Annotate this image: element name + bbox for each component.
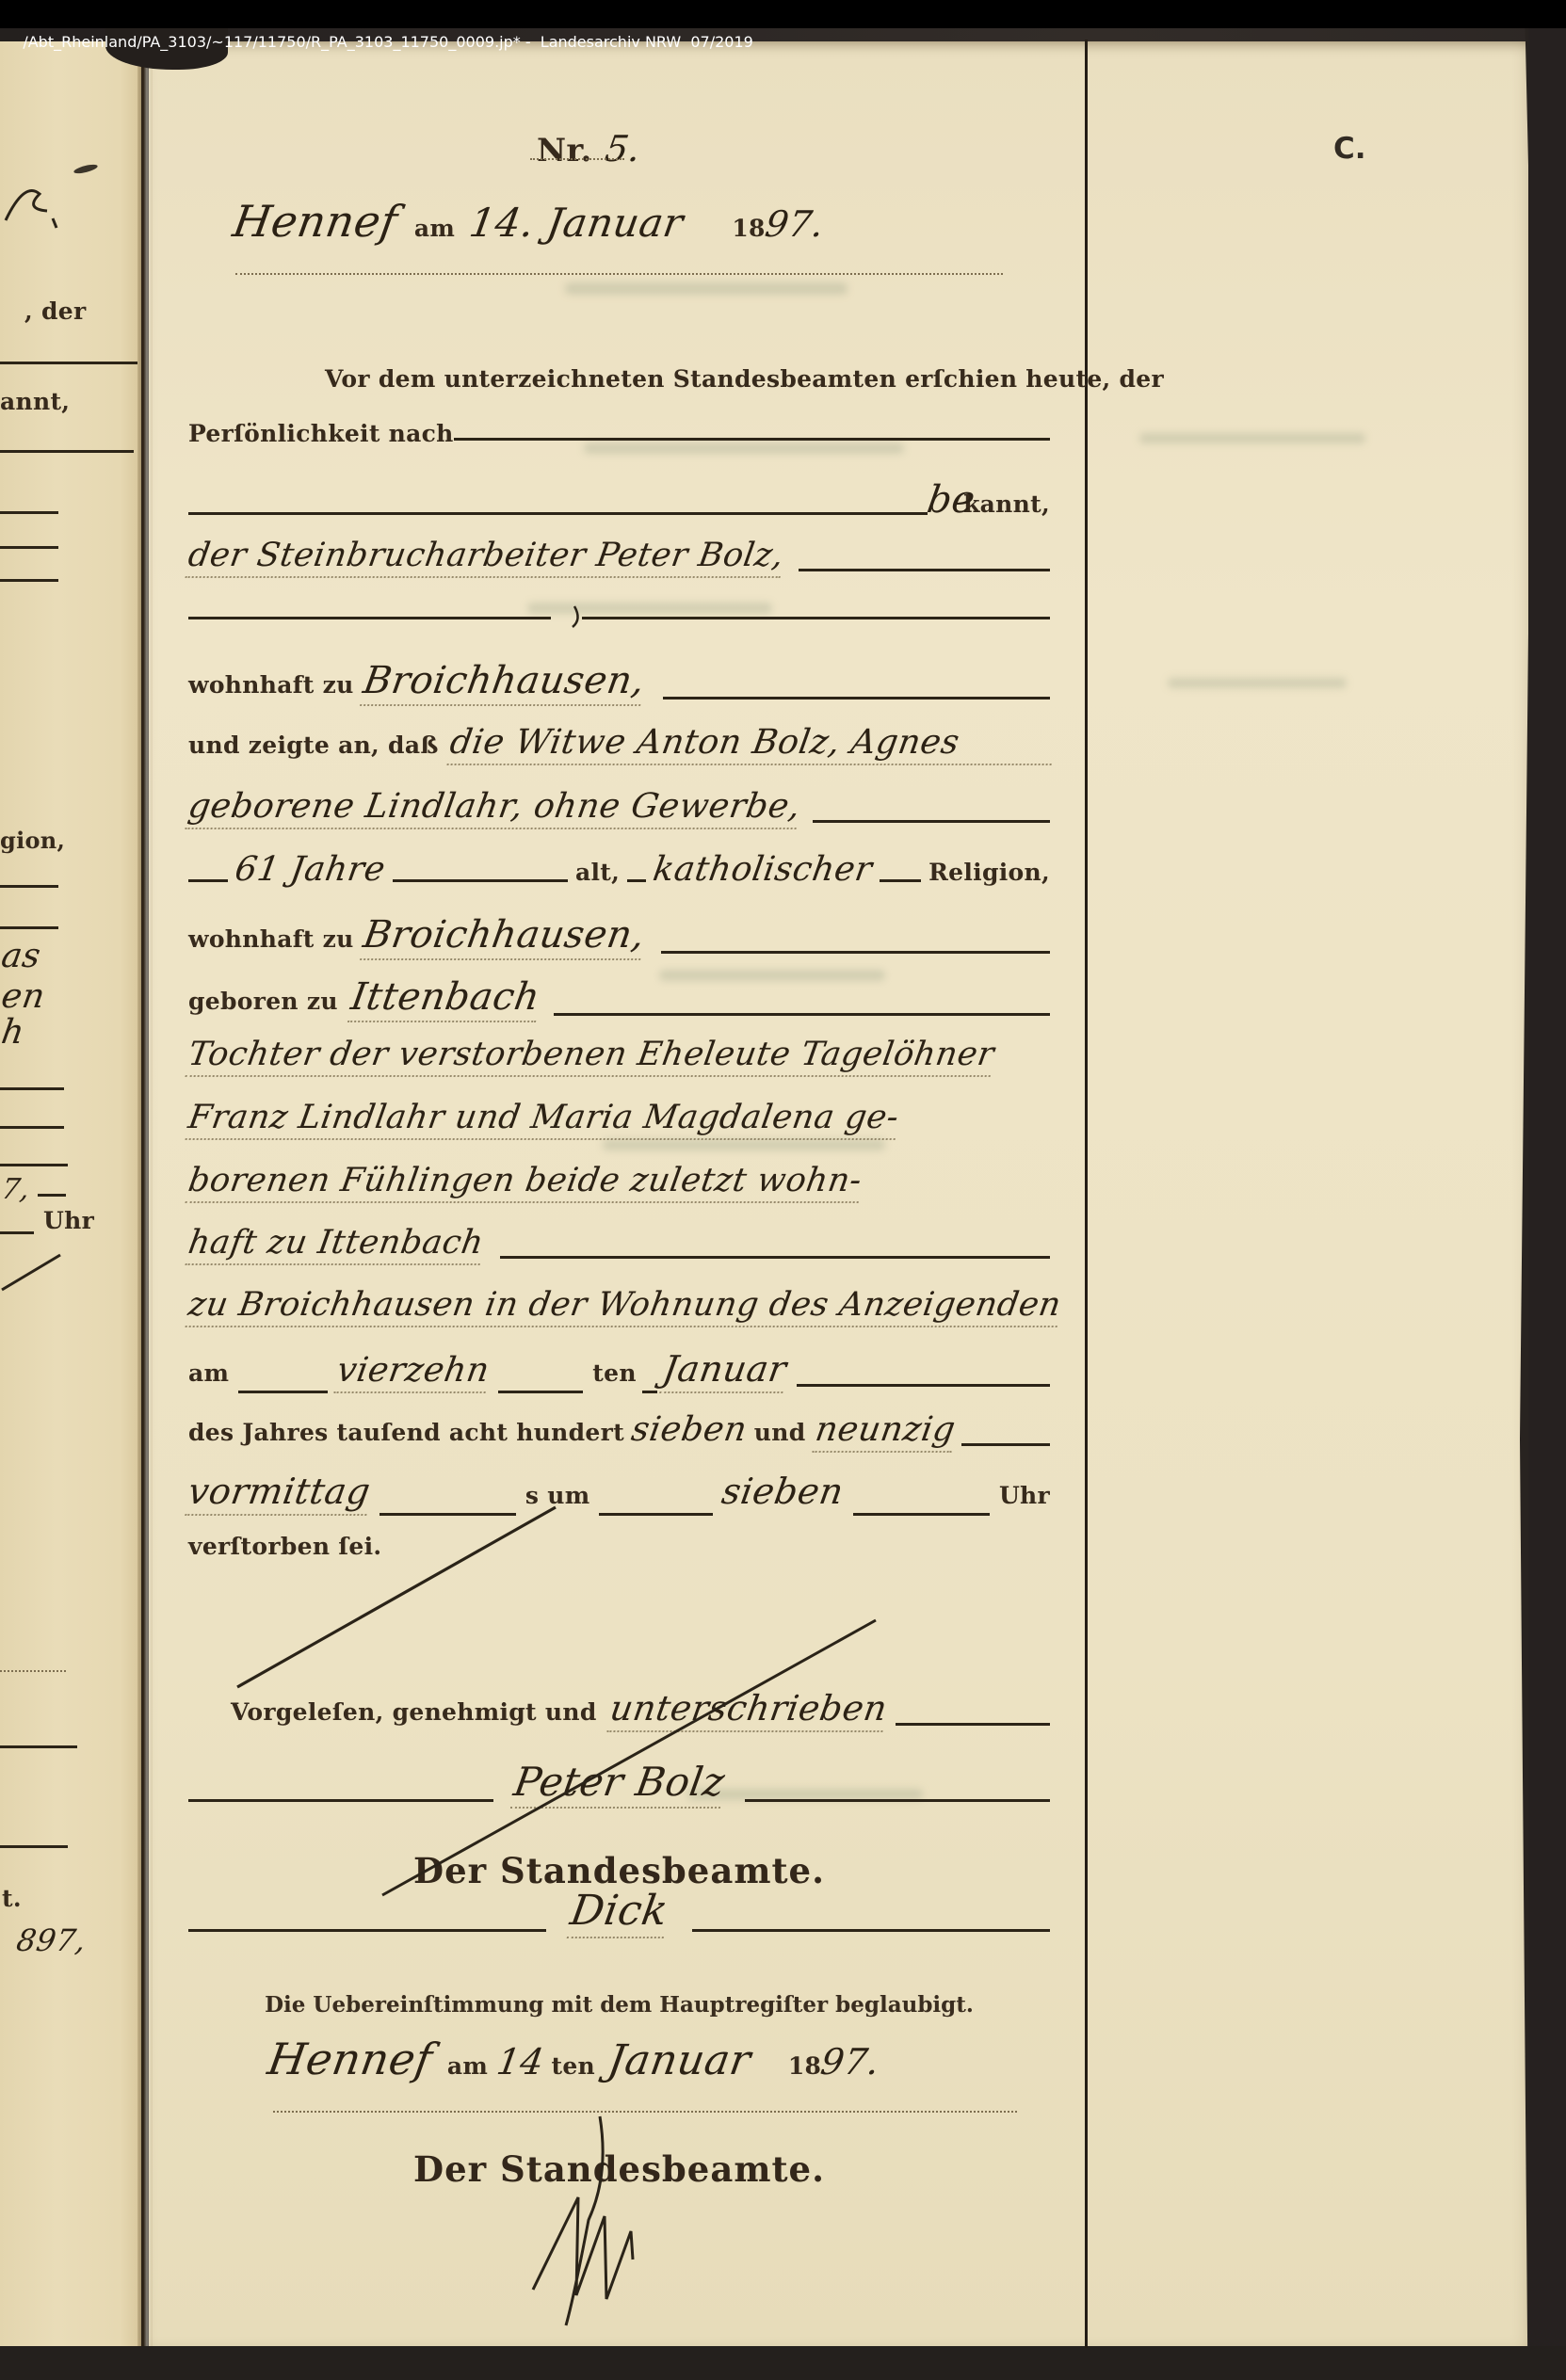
backdrop-bottom-strip <box>0 2346 1566 2380</box>
age-value: 61 Jahre <box>233 850 388 889</box>
bekannt-handwritten: be <box>924 478 978 522</box>
archive-image-viewer: /Abt_Rheinland/PA_3103/~117/11750/R_PA_3… <box>0 0 1566 2380</box>
bleed-mark <box>565 282 848 295</box>
left-blank-rule <box>0 579 58 582</box>
death-place-line: zu Broichhausen in der Wohnung des Anzei… <box>188 1286 1055 1327</box>
death-day-value: vierzehn <box>334 1351 492 1393</box>
registrar-heading: Der Standesbeamte. <box>413 1850 825 1891</box>
declarant-name: der Steinbrucharbeiter Peter Bolz, <box>186 537 787 578</box>
dateline-place: Hennef <box>230 196 401 247</box>
dateline-year-written: 97. <box>762 203 827 245</box>
certification-text: Die Uebereinſtimmung mit dem Hauptregiſt… <box>265 1992 974 2018</box>
intro-line-1: Vor dem unterzeichneten Standesbeamten e… <box>325 365 1055 393</box>
dateline-year-printed: 18 <box>732 215 765 242</box>
left-fragment: as <box>0 937 43 975</box>
registrar-signature: Dick <box>567 1887 671 1938</box>
blank-dash <box>498 1391 583 1393</box>
cert-year-written: 97. <box>818 2041 883 2082</box>
und-label: und <box>754 1419 806 1446</box>
ten-label: ten <box>592 1359 637 1387</box>
wohnhaft-label: wohnhaft zu <box>188 671 354 699</box>
file-path-title: /Abt_Rheinland/PA_3103/~117/11750/R_PA_3… <box>23 33 753 51</box>
blank-line <box>661 951 1050 954</box>
bleed-mark <box>1168 678 1347 688</box>
blank-line <box>663 697 1050 700</box>
bekannt-line: be kannt, <box>188 478 1050 522</box>
certification-dateline: Hennef am 14 ten Januar 18 97. <box>268 2034 1022 2084</box>
dateline-day-month: 14. Januar <box>466 200 686 246</box>
age-religion-line: 61 Jahre alt, katholischer Religion, <box>188 850 1050 889</box>
left-fragment: Uhr <box>43 1207 94 1234</box>
registrar-signature-line: Dick <box>188 1887 1050 1938</box>
s-um-label: s um <box>525 1482 590 1509</box>
approval-printed: Vorgeleſen, genehmigt und <box>231 1698 597 1726</box>
declarant-residence: Broichhausen, <box>360 659 648 706</box>
bleed-mark <box>527 603 772 614</box>
nr-dotted-line <box>530 158 624 160</box>
blank-line <box>188 1929 546 1932</box>
daytime-value: vormittag <box>185 1471 373 1516</box>
left-blank-rule <box>0 1231 34 1234</box>
backdrop-right-strip <box>1528 28 1566 2380</box>
left-fragment: t. <box>2 1885 22 1912</box>
left-blank-rule <box>0 1126 64 1129</box>
left-fragment: gion, <box>0 827 65 854</box>
page-fold-gutter <box>137 38 153 2348</box>
left-blank-rule <box>0 362 137 364</box>
left-blank-rule <box>0 546 58 549</box>
birthplace-value: Ittenbach <box>347 975 542 1022</box>
dateline-am-label: am <box>414 215 455 242</box>
intro-text-1: Vor dem unterzeichneten Standesbeamten e… <box>325 365 1164 393</box>
blank-dash <box>880 879 921 882</box>
parents-line-2: Franz Lindlahr und Maria Magdalena ge- <box>188 1099 1055 1140</box>
religion-value: katholischer <box>651 850 875 889</box>
left-blank-rule <box>0 511 58 514</box>
left-fragment: 7, <box>0 1173 32 1206</box>
alt-label: alt, <box>575 859 620 886</box>
report-line-2: geborene Lindlahr, ohne Gewerbe, <box>188 787 1050 829</box>
cert-ten-label: ten <box>551 2052 595 2080</box>
blank-line <box>813 820 1050 823</box>
parents-text-2: Franz Lindlahr und Maria Magdalena ge- <box>186 1099 902 1140</box>
left-fragment: annt, <box>0 388 70 415</box>
left-fragment: en <box>0 977 48 1016</box>
uhr-label: Uhr <box>999 1482 1050 1509</box>
cert-dotted-line <box>273 2111 1017 2113</box>
blank-line <box>454 438 1050 441</box>
left-blank-rule <box>0 450 134 453</box>
cert-place: Hennef <box>265 2034 436 2084</box>
left-blank-rule <box>0 1745 77 1748</box>
dateline-dotted-line <box>235 273 1003 275</box>
declarant-line: der Steinbrucharbeiter Peter Bolz, <box>188 537 1050 578</box>
parents-text-4: haft zu Ittenbach <box>186 1224 487 1265</box>
approval-line: Vorgeleſen, genehmigt und unterschrieben <box>231 1688 1050 1732</box>
blank-line <box>692 1929 1050 1932</box>
religion-label: Religion, <box>928 859 1050 886</box>
blank-dash <box>393 879 568 882</box>
blank-rule <box>582 617 1050 619</box>
viewer-titlebar: /Abt_Rheinland/PA_3103/~117/11750/R_PA_3… <box>0 0 1566 28</box>
closing-text: verſtorben ſei. <box>188 1533 381 1560</box>
blank-dash <box>961 1443 1050 1446</box>
cert-month: Januar <box>605 2036 754 2084</box>
cert-am-label: am <box>447 2052 488 2080</box>
cert-day: 14 <box>494 2041 547 2082</box>
closing-line: verſtorben ſei. <box>188 1533 381 1560</box>
dateline: Hennef am 14. Januar 18 97. <box>234 196 1015 247</box>
blank-line <box>554 1013 1050 1016</box>
blank-line <box>745 1799 1050 1802</box>
blank-dash <box>627 879 646 882</box>
registrar-heading-2: Der Standesbeamte. <box>413 2148 825 2190</box>
blank-dash <box>188 879 228 882</box>
intro-text-2: Perſönlichkeit nach <box>188 420 454 447</box>
left-blank-rule <box>38 1194 66 1197</box>
zeigte-label: und zeigte an, daß <box>188 732 439 759</box>
blank-line <box>188 512 928 515</box>
bleed-mark <box>1139 433 1365 443</box>
declarant-signature: Peter Bolz <box>510 1759 729 1809</box>
blank-dash <box>599 1513 713 1516</box>
blank-line <box>896 1723 1050 1726</box>
left-blank-rule <box>0 1845 68 1848</box>
parents-text-1: Tochter der verstorbenen Eheleute Tagelö… <box>186 1036 997 1077</box>
blank-dash <box>379 1513 516 1516</box>
left-blank-rule <box>0 1087 64 1090</box>
report-line-1: und zeigte an, daß die Witwe Anton Bolz,… <box>188 723 1055 765</box>
death-place-text: zu Broichhausen in der Wohnung des Anzei… <box>186 1286 1064 1327</box>
deceased-residence-line: wohnhaft zu Broichhausen, <box>188 913 1050 960</box>
registrar-heading-line: Der Standesbeamte. <box>188 1850 1050 1891</box>
record-number-line: Nr. 5. <box>537 128 640 169</box>
death-year-line: des Jahres tauſend acht hundert sieben u… <box>188 1410 1050 1453</box>
hour-value: sieben <box>719 1471 847 1512</box>
deceased-name-2: geborene Lindlahr, ohne Gewerbe, <box>185 787 803 829</box>
left-fragment: , der <box>24 297 86 325</box>
blank-dash <box>642 1391 657 1393</box>
wohnhaft-label-2: wohnhaft zu <box>188 925 354 953</box>
registrar-heading-line-2: Der Standesbeamte. <box>188 2148 1050 2190</box>
left-blank-rule <box>0 885 58 888</box>
year-word-2: neunzig <box>812 1410 958 1453</box>
residence-line: wohnhaft zu Broichhausen, <box>188 659 1050 706</box>
birthplace-line: geboren zu Ittenbach <box>188 975 1050 1022</box>
parents-line-3: borenen Fühlingen beide zuletzt wohn- <box>188 1162 1055 1203</box>
blank-line <box>799 569 1050 571</box>
parents-line-1: Tochter der verstorbenen Eheleute Tagelö… <box>188 1036 1055 1077</box>
blank-dash <box>853 1513 990 1516</box>
declarant-signature-line: Peter Bolz <box>188 1759 1050 1809</box>
nr-value: 5. <box>602 128 643 169</box>
am-label: am <box>188 1359 229 1387</box>
deceased-name-1: die Witwe Anton Bolz, Agnes <box>446 723 1057 765</box>
blank-line <box>500 1256 1050 1259</box>
left-blank-rule <box>0 926 58 929</box>
bleed-mark <box>603 1139 885 1150</box>
death-month-value: Januar <box>659 1348 789 1393</box>
certification-line: Die Uebereinſtimmung mit dem Hauptregiſt… <box>188 1992 1050 2018</box>
blank-line <box>188 1799 493 1802</box>
blank-line <box>797 1384 1050 1387</box>
page-letter-marker: C. <box>1333 132 1366 166</box>
year-printed: des Jahres tauſend acht hundert <box>188 1419 624 1446</box>
intro-line-2: Perſönlichkeit nach <box>188 420 1050 447</box>
cert-year-printed: 18 <box>788 2052 821 2080</box>
left-fragment: 897, <box>14 1922 89 1958</box>
parents-line-4: haft zu Ittenbach <box>188 1224 1050 1265</box>
left-dotted-rule <box>0 1670 66 1672</box>
blank-dash <box>238 1391 328 1393</box>
parents-text-3: borenen Fühlingen beide zuletzt wohn- <box>186 1162 864 1203</box>
death-date-line: am vierzehn ten Januar <box>188 1348 1050 1393</box>
death-time-line: vormittag s um sieben Uhr <box>188 1471 1050 1516</box>
approval-written: unterschrieben <box>606 1688 890 1732</box>
deceased-residence: Broichhausen, <box>360 913 648 960</box>
nr-label: Nr. <box>537 132 592 169</box>
left-blank-rule <box>0 1164 68 1166</box>
blank-rule <box>188 617 551 619</box>
geboren-label: geboren zu <box>188 988 338 1015</box>
bekannt-printed: kannt, <box>963 490 1050 518</box>
year-word-1: sieben <box>629 1410 750 1449</box>
